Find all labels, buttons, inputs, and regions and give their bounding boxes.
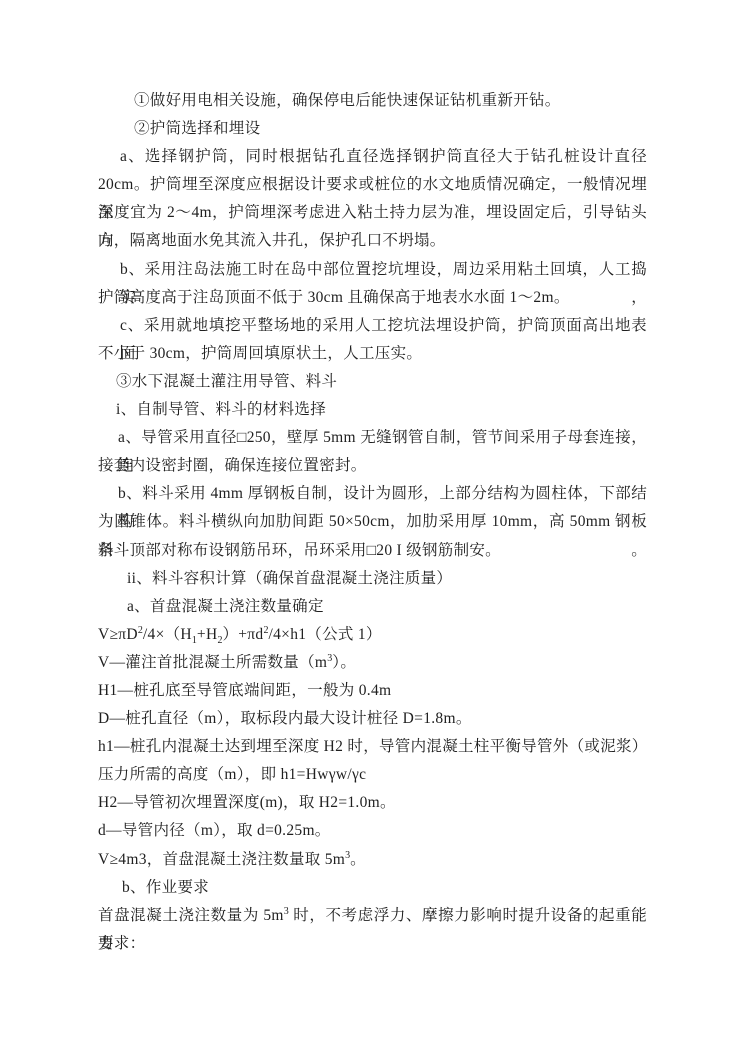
text-run: 不小于 30cm，护筒周回填原状土，人工压实。 bbox=[98, 345, 422, 362]
text-run: ii、料斗容积计算（确保首盘混凝土浇注质量） bbox=[127, 570, 452, 587]
text-line: 要求： bbox=[98, 930, 647, 958]
text-line: V—灌注首批混凝土所需数量（m3）。 bbox=[98, 649, 647, 677]
text-line: 接套内设密封圈，确保连接位置密封。 bbox=[98, 452, 647, 480]
text-line: 深度宜为 2～4m，护筒埋深考虑进入粘土持力层为准，埋设固定后，引导钻头方 bbox=[98, 199, 647, 227]
text-line: h1—桩孔内混凝土达到埋至深度 H2 时，导管内混凝土柱平衡导管外（或泥浆） bbox=[98, 733, 647, 761]
text-line: b、料斗采用 4mm 厚钢板自制，设计为圆形，上部分结构为圆柱体，下部结构 bbox=[98, 480, 647, 508]
text-run: 向，隔离地面水免其流入井孔，保护孔口不坍塌。 bbox=[98, 232, 446, 249]
text-run: d—导管内径（m），取 d=0.25m。 bbox=[98, 822, 331, 839]
text-run: /4×（H bbox=[143, 626, 192, 643]
text-line: ii、料斗容积计算（确保首盘混凝土浇注质量） bbox=[98, 565, 647, 593]
text-line: c、采用就地填挖平整场地的采用人工挖坑法埋设护筒，护筒顶面高出地表面 bbox=[98, 312, 647, 340]
text-run: 料斗顶部对称布设钢筋吊环，吊环采用□20 I 级钢筋制安。 bbox=[98, 542, 501, 559]
text-line: a、导管采用直径□250，壁厚 5mm 无缝钢管自制，管节间采用子母套连接，连 bbox=[98, 424, 647, 452]
text-line: ②护筒选择和埋设 bbox=[98, 115, 647, 143]
text-run: ）。 bbox=[332, 654, 356, 671]
text-line: V≥4m3，首盘混凝土浇注数量取 5m3。 bbox=[98, 846, 647, 874]
text-line: b、作业要求 bbox=[98, 874, 647, 902]
text-run: ②护筒选择和埋设 bbox=[134, 120, 260, 137]
text-run: V—灌注首批混凝土所需数量（m bbox=[98, 654, 327, 671]
text-line: ③水下混凝土灌注用导管、料斗 bbox=[98, 368, 647, 396]
text-run: h1—桩孔内混凝土达到埋至深度 H2 时，导管内混凝土柱平衡导管外（或泥浆） bbox=[98, 738, 648, 755]
text-line: 不小于 30cm，护筒周回填原状土，人工压实。 bbox=[98, 340, 647, 368]
text-line: 压力所需的高度（m），即 h1=Hwγw/γc bbox=[98, 761, 647, 789]
text-line: ①做好用电相关设施，确保停电后能快速保证钻机重新开钻。 bbox=[98, 87, 647, 115]
text-line: 向，隔离地面水免其流入井孔，保护孔口不坍塌。 bbox=[98, 227, 647, 255]
text-run: a、选择钢护筒，同时根据钻孔直径选择钢护筒直径大于钻孔桩设计直径 bbox=[120, 148, 647, 165]
text-run: /4×h1（公式 1） bbox=[269, 626, 382, 643]
text-run: b、作业要求 bbox=[122, 879, 209, 896]
text-line: 为圆锥体。料斗横纵向加肋间距 50×50cm，加肋采用厚 10mm，高 50mm… bbox=[98, 508, 647, 536]
text-line: H2—导管初次埋置深度(m)，取 H2=1.0m。 bbox=[98, 789, 647, 817]
text-run: 。 bbox=[350, 851, 366, 868]
text-run: +H bbox=[197, 626, 218, 643]
text-run: 护筒高度高于注岛顶面不低于 30cm 且确保高于地表水水面 1～2m。 bbox=[98, 289, 570, 306]
text-run: H1—桩孔底至导管底端间距，一般为 0.4m bbox=[98, 682, 391, 699]
text-line: d—导管内径（m），取 d=0.25m。 bbox=[98, 817, 647, 845]
text-line: 20cm。护筒埋至深度应根据设计要求或桩位的水文地质情况确定，一般情况埋至 bbox=[98, 171, 647, 199]
text-run: i、自制导管、料斗的材料选择 bbox=[116, 401, 326, 418]
text-line: a、选择钢护筒，同时根据钻孔直径选择钢护筒直径大于钻孔桩设计直径 bbox=[98, 143, 647, 171]
text-run: V≥4m3，首盘混凝土浇注数量取 5m bbox=[98, 851, 345, 868]
text-line: i、自制导管、料斗的材料选择 bbox=[98, 396, 647, 424]
text-run: ①做好用电相关设施，确保停电后能快速保证钻机重新开钻。 bbox=[134, 92, 561, 109]
document-body: ①做好用电相关设施，确保停电后能快速保证钻机重新开钻。②护筒选择和埋设a、选择钢… bbox=[98, 87, 647, 958]
text-run: ③水下混凝土灌注用导管、料斗 bbox=[116, 373, 337, 390]
text-run: a、首盘混凝土浇注数量确定 bbox=[127, 598, 324, 615]
text-line: V≥πD2/4×（H1+H2）+πd2/4×h1（公式 1） bbox=[98, 621, 647, 649]
text-line: H1—桩孔底至导管底端间距，一般为 0.4m bbox=[98, 677, 647, 705]
text-run: 接套内设密封圈，确保连接位置密封。 bbox=[98, 457, 367, 474]
text-line: D—桩孔直径（m），取标段内最大设计桩径 D=1.8m。 bbox=[98, 705, 647, 733]
text-line: 护筒高度高于注岛顶面不低于 30cm 且确保高于地表水水面 1～2m。 bbox=[98, 284, 647, 312]
text-run: H2—导管初次埋置深度(m)，取 H2=1.0m。 bbox=[98, 794, 396, 811]
text-run: 首盘混凝土浇注数量为 5m bbox=[98, 907, 284, 924]
text-line: a、首盘混凝土浇注数量确定 bbox=[98, 593, 647, 621]
text-line: b、采用注岛法施工时在岛中部位置挖坑埋设，周边采用粘土回填，人工捣实， bbox=[98, 256, 647, 284]
text-line: 首盘混凝土浇注数量为 5m3 时，不考虑浮力、摩擦力影响时提升设备的起重能力 bbox=[98, 902, 647, 930]
text-run: V≥πD bbox=[98, 626, 138, 643]
text-run: ）+πd bbox=[222, 626, 263, 643]
text-run: 压力所需的高度（m），即 h1=Hwγw/γc bbox=[98, 766, 366, 783]
document-page: ①做好用电相关设施，确保停电后能快速保证钻机重新开钻。②护筒选择和埋设a、选择钢… bbox=[0, 0, 744, 1052]
text-run: 要求： bbox=[98, 935, 145, 952]
text-run: D—桩孔直径（m），取标段内最大设计桩径 D=1.8m。 bbox=[98, 710, 472, 727]
